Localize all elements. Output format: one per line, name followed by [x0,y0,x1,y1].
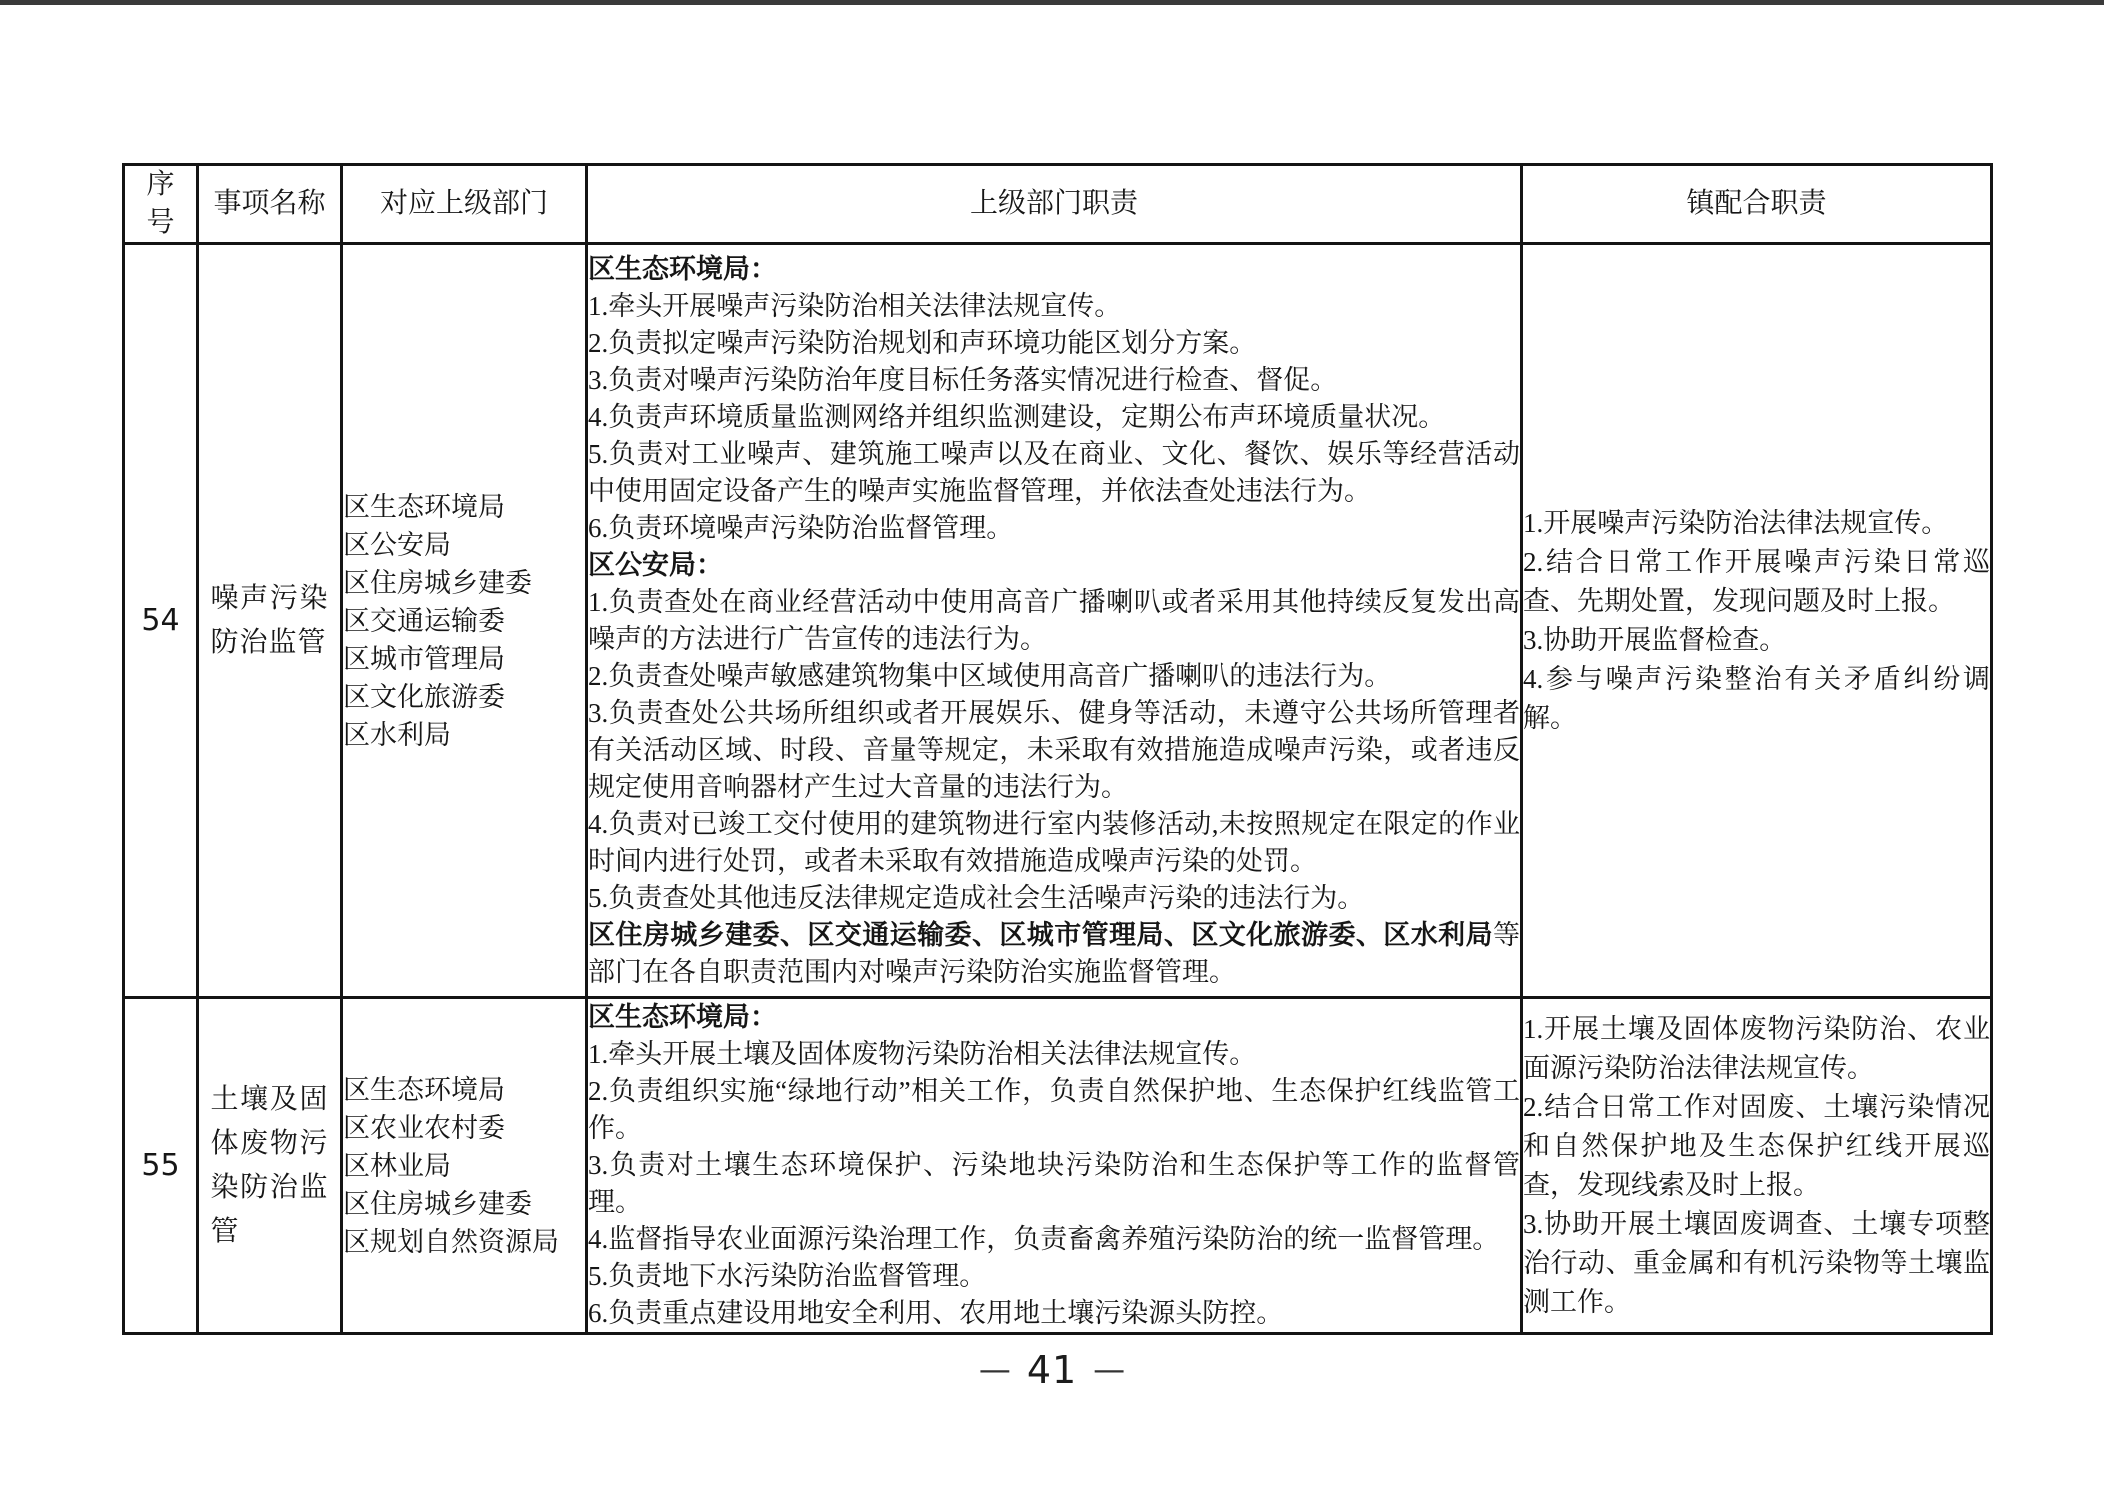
duty-paragraph: 4.负责对已竣工交付使用的建筑物进行室内装修活动,未按照规定在限定的作业时间内进… [588,806,1520,880]
duty-paragraph: 2.负责查处噪声敏感建筑物集中区域使用高音广播喇叭的违法行为。 [588,658,1520,695]
town-duty-paragraph: 2.结合日常工作对固废、土壤污染情况和自然保护地及生态保护红线开展巡查，发现线索… [1523,1088,1990,1205]
table-row: 54 噪声污染防治监管 区生态环境局 区公安局 区住房城乡建委 区交通运输委 区… [124,244,1992,998]
duty-text-segment: 1.牵头开展噪声污染防治相关法律法规宣传。 [588,291,1121,321]
duty-paragraph: 4.监督指导农业面源污染治理工作，负责畜禽养殖污染防治的统一监督管理。 [588,1221,1520,1258]
item-name-cell: 噪声污染防治监管 [198,244,342,998]
duty-bold-segment: 区住房城乡建委、区交通运输委、区城市管理局、区文化旅游委、区水利局 [588,920,1493,950]
page-number: 41 [1027,1348,1077,1392]
town-duty-paragraph: 3.协助开展监督检查。 [1523,621,1990,660]
duty-text-segment: 1.牵头开展土壤及固体废物污染防治相关法律法规宣传。 [588,1039,1256,1069]
duty-bold-segment: 区公安局： [588,550,723,580]
department-item: 区住房城乡建委 [343,564,585,602]
footer-left-dash: — [979,1350,1011,1388]
department-item: 区水利局 [343,716,585,754]
duty-paragraph: 区住房城乡建委、区交通运输委、区城市管理局、区文化旅游委、区水利局等部门在各自职… [588,917,1520,991]
duty-paragraph: 5.负责地下水污染防治监督管理。 [588,1258,1520,1295]
duty-text-segment: 5.负责查处其他违反法律规定造成社会生活噪声污染的违法行为。 [588,883,1364,913]
duty-text-segment: 4.负责声环境质量监测网络并组织监测建设，定期公布声环境质量状况。 [588,402,1445,432]
department-item: 区住房城乡建委 [343,1185,585,1223]
department-item: 区生态环境局 [343,1071,585,1109]
duty-paragraph: 5.负责对工业噪声、建筑施工噪声以及在商业、文化、餐饮、娱乐等经营活动中使用固定… [588,436,1520,510]
department-item: 区文化旅游委 [343,678,585,716]
table-row: 55 土壤及固体废物污染防治监管 区生态环境局 区农业农村委 区林业局 区住房城… [124,998,1992,1334]
header-town-duties: 镇配合职责 [1522,165,1992,244]
serial-number-cell: 54 [124,244,198,998]
duty-paragraph: 3.负责查处公共场所组织或者开展娱乐、健身等活动，未遵守公共场所管理者有关活动区… [588,695,1520,806]
duty-text-segment: 4.负责对已竣工交付使用的建筑物进行室内装修活动,未按照规定在限定的作业时间内进… [588,809,1520,876]
duty-bold-segment: 区生态环境局： [588,1002,777,1032]
superior-duties-cell: 区生态环境局： 1.牵头开展噪声污染防治相关法律法规宣传。 2.负责拟定噪声污染… [587,244,1522,998]
duty-paragraph: 2.负责拟定噪声污染防治规划和声环境功能区划分方案。 [588,325,1520,362]
duty-paragraph: 1.牵头开展土壤及固体废物污染防治相关法律法规宣传。 [588,1036,1520,1073]
duty-paragraph: 6.负责环境噪声污染防治监督管理。 [588,510,1520,547]
duty-text-segment: 6.负责环境噪声污染防治监督管理。 [588,513,1013,543]
duty-text-segment: 3.负责对噪声污染防治年度目标任务落实情况进行检查、督促。 [588,365,1337,395]
header-superior-departments: 对应上级部门 [342,165,587,244]
header-serial-number: 序号 [124,165,198,244]
department-item: 区交通运输委 [343,602,585,640]
duty-paragraph: 1.牵头开展噪声污染防治相关法律法规宣传。 [588,288,1520,325]
item-name-text: 土壤及固体废物污染防治监管 [211,1078,329,1254]
duty-paragraph: 2.负责组织实施“绿地行动”相关工作，负责自然保护地、生态保护红线监管工作。 [588,1073,1520,1147]
serial-number-cell: 55 [124,998,198,1334]
duty-text-segment: 1.负责查处在商业经营活动中使用高音广播喇叭或者采用其他持续反复发出高噪声的方法… [588,587,1520,654]
duty-text-segment: 2.负责查处噪声敏感建筑物集中区域使用高音广播喇叭的违法行为。 [588,661,1391,691]
town-duty-paragraph: 3.协助开展土壤固废调查、土壤专项整治行动、重金属和有机污染物等土壤监测工作。 [1523,1205,1990,1322]
department-item: 区规划自然资源局 [343,1223,585,1261]
duty-paragraph: 5.负责查处其他违反法律规定造成社会生活噪声污染的违法行为。 [588,880,1520,917]
duty-paragraph: 3.负责对噪声污染防治年度目标任务落实情况进行检查、督促。 [588,362,1520,399]
page-footer: —41— [0,1348,2104,1392]
town-duty-paragraph: 1.开展土壤及固体废物污染防治、农业面源污染防治法律法规宣传。 [1523,1010,1990,1088]
header-superior-duties: 上级部门职责 [587,165,1522,244]
table-header-row: 序号 事项名称 对应上级部门 上级部门职责 镇配合职责 [124,165,1992,244]
town-duty-paragraph: 2.结合日常工作开展噪声污染日常巡查、先期处置，发现问题及时上报。 [1523,543,1990,621]
department-item: 区生态环境局 [343,488,585,526]
town-duty-paragraph: 1.开展噪声污染防治法律法规宣传。 [1523,504,1990,543]
header-item-name: 事项名称 [198,165,342,244]
duty-paragraph: 3.负责对土壤生态环境保护、污染地块污染防治和生态保护等工作的监督管理。 [588,1147,1520,1221]
duty-paragraph: 区生态环境局： [588,999,1520,1036]
duty-paragraph: 1.负责查处在商业经营活动中使用高音广播喇叭或者采用其他持续反复发出高噪声的方法… [588,584,1520,658]
item-name-text: 噪声污染防治监管 [211,577,329,665]
duty-paragraph: 6.负责重点建设用地安全利用、农用地土壤污染源头防控。 [588,1295,1520,1332]
department-item: 区公安局 [343,526,585,564]
department-item: 区城市管理局 [343,640,585,678]
department-item: 区林业局 [343,1147,585,1185]
duty-bold-segment: 区生态环境局： [588,254,777,284]
town-duty-paragraph: 4.参与噪声污染整治有关矛盾纠纷调解。 [1523,660,1990,738]
duty-paragraph: 4.负责声环境质量监测网络并组织监测建设，定期公布声环境质量状况。 [588,399,1520,436]
item-name-cell: 土壤及固体废物污染防治监管 [198,998,342,1334]
duty-text-segment: 5.负责对工业噪声、建筑施工噪声以及在商业、文化、餐饮、娱乐等经营活动中使用固定… [588,439,1520,506]
duty-text-segment: 2.负责拟定噪声污染防治规划和声环境功能区划分方案。 [588,328,1256,358]
duty-text-segment: 3.负责查处公共场所组织或者开展娱乐、健身等活动，未遵守公共场所管理者有关活动区… [588,698,1520,802]
duty-text-segment: 6.负责重点建设用地安全利用、农用地土壤污染源头防控。 [588,1298,1283,1328]
superior-duties-cell: 区生态环境局： 1.牵头开展土壤及固体废物污染防治相关法律法规宣传。 2.负责组… [587,998,1522,1334]
duty-text-segment: 2.负责组织实施“绿地行动”相关工作，负责自然保护地、生态保护红线监管工作。 [588,1076,1520,1143]
document-page: { "footer": { "dash": "—", "page_number"… [0,0,2104,1488]
duty-text-segment: 3.负责对土壤生态环境保护、污染地块污染防治和生态保护等工作的监督管理。 [588,1150,1520,1217]
departments-cell: 区生态环境局 区公安局 区住房城乡建委 区交通运输委 区城市管理局 区文化旅游委… [342,244,587,998]
town-duties-cell: 1.开展土壤及固体废物污染防治、农业面源污染防治法律法规宣传。 2.结合日常工作… [1522,998,1992,1334]
departments-cell: 区生态环境局 区农业农村委 区林业局 区住房城乡建委 区规划自然资源局 [342,998,587,1334]
duty-paragraph: 区公安局： [588,547,1520,584]
footer-right-dash: — [1093,1350,1125,1388]
town-duties-cell: 1.开展噪声污染防治法律法规宣传。 2.结合日常工作开展噪声污染日常巡查、先期处… [1522,244,1992,998]
duties-table: 序号 事项名称 对应上级部门 上级部门职责 镇配合职责 54 噪声污染防治监管 … [122,163,1993,1335]
window-top-edge [0,0,2104,5]
duty-text-segment: 4.监督指导农业面源污染治理工作，负责畜禽养殖污染防治的统一监督管理。 [588,1224,1499,1254]
duty-text-segment: 5.负责地下水污染防治监督管理。 [588,1261,986,1291]
department-item: 区农业农村委 [343,1109,585,1147]
duty-paragraph: 区生态环境局： [588,251,1520,288]
